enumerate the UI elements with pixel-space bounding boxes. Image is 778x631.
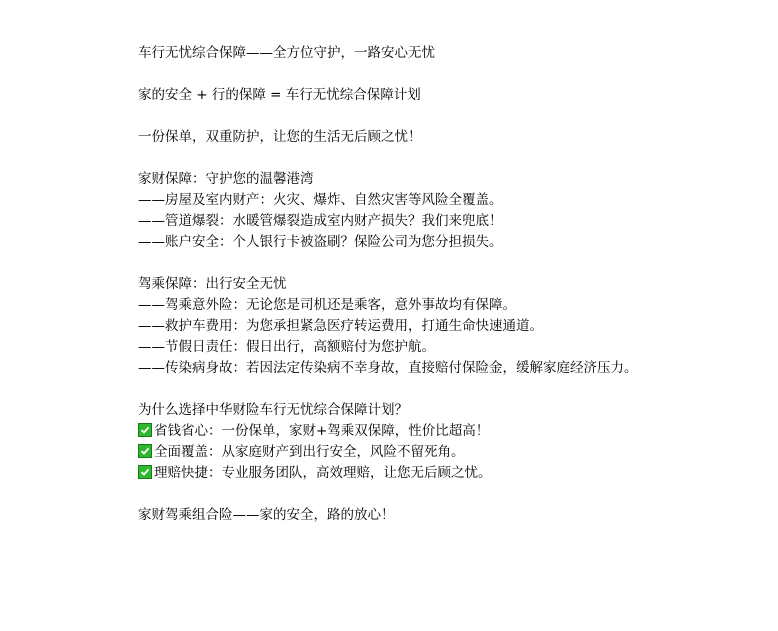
spacer xyxy=(138,379,758,400)
why-choose-section: 为什么选择中华财险车行无忧综合保障计划？ 省钱省心：一份保单，家财+驾乘双保障，… xyxy=(138,400,758,484)
section-heading: 为什么选择中华财险车行无忧综合保障计划？ xyxy=(138,400,758,421)
spacer xyxy=(138,484,758,505)
check-mark-button-icon xyxy=(138,423,152,437)
spacer xyxy=(138,64,758,85)
tagline: 一份保单，双重防护，让您的生活无后顾之忧！ xyxy=(138,127,758,148)
document-title: 车行无忧综合保障——全方位守护，一路安心无忧 xyxy=(138,43,758,64)
driver-passenger-section: 驾乘保障：出行安全无忧 ——驾乘意外险：无论您是司机还是乘客，意外事故均有保障。… xyxy=(138,274,758,379)
list-item: ——账户安全：个人银行卡被盗刷？保险公司为您分担损失。 xyxy=(138,232,758,253)
list-item: ——救护车费用：为您承担紧急医疗转运费用，打通生命快速通道。 xyxy=(138,316,758,337)
spacer xyxy=(138,148,758,169)
list-item: ——驾乘意外险：无论您是司机还是乘客，意外事故均有保障。 xyxy=(138,295,758,316)
spacer xyxy=(138,106,758,127)
list-item: ——房屋及室内财产：火灾、爆炸、自然灾害等风险全覆盖。 xyxy=(138,190,758,211)
check-mark-button-icon xyxy=(138,444,152,458)
benefit-text: 理赔快捷：专业服务团队，高效理赔，让您无后顾之忧。 xyxy=(154,465,492,481)
section-heading: 驾乘保障：出行安全无忧 xyxy=(138,274,758,295)
list-item: ——管道爆裂：水暖管爆裂造成室内财产损失？我们来兜底！ xyxy=(138,211,758,232)
home-insurance-section: 家财保障：守护您的温馨港湾 ——房屋及室内财产：火灾、爆炸、自然灾害等风险全覆盖… xyxy=(138,169,758,253)
document-body: 车行无忧综合保障——全方位守护，一路安心无忧 家的安全 + 行的保障 = 车行无… xyxy=(138,43,758,526)
benefit-item: 省钱省心：一份保单，家财+驾乘双保障，性价比超高！ xyxy=(138,421,758,442)
spacer xyxy=(138,253,758,274)
list-item: ——节假日责任：假日出行，高额赔付为您护航。 xyxy=(138,337,758,358)
benefit-item: 全面覆盖：从家庭财产到出行安全，风险不留死角。 xyxy=(138,442,758,463)
benefit-item: 理赔快捷：专业服务团队，高效理赔，让您无后顾之忧。 xyxy=(138,463,758,484)
benefit-text: 省钱省心：一份保单，家财+驾乘双保障，性价比超高！ xyxy=(154,423,489,439)
closing-slogan: 家财驾乘组合险——家的安全，路的放心！ xyxy=(138,505,758,526)
section-heading: 家财保障：守护您的温馨港湾 xyxy=(138,169,758,190)
benefit-text: 全面覆盖：从家庭财产到出行安全，风险不留死角。 xyxy=(154,444,465,460)
list-item: ——传染病身故：若因法定传染病不幸身故，直接赔付保险金，缓解家庭经济压力。 xyxy=(138,358,758,379)
check-mark-button-icon xyxy=(138,465,152,479)
formula-line: 家的安全 + 行的保障 = 车行无忧综合保障计划 xyxy=(138,85,758,106)
